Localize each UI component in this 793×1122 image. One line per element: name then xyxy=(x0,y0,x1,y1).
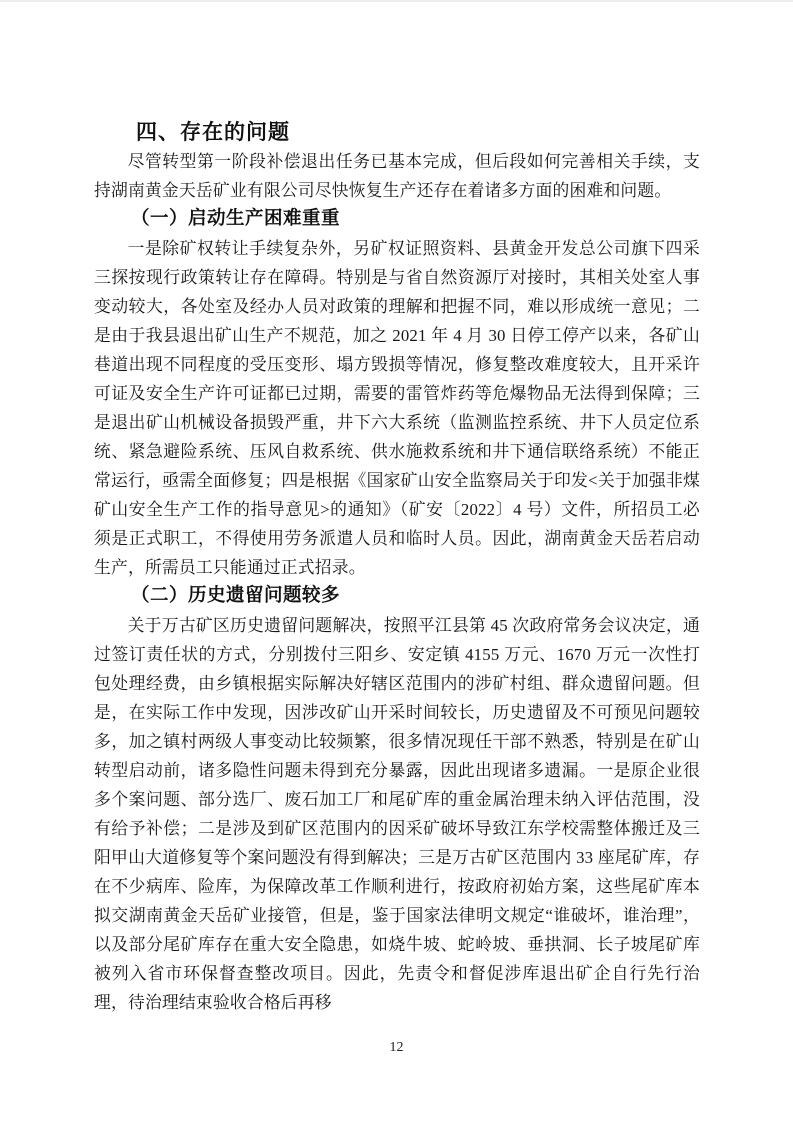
section-heading: 四、存在的问题 xyxy=(94,117,700,147)
subsection-1-heading: （一）启动生产困难重重 xyxy=(94,205,700,234)
subsection-2-heading: （二）历史遗留问题较多 xyxy=(94,582,700,611)
page-top-edge xyxy=(0,0,793,2)
subsection-2-paragraph: 关于万古矿区历史遗留问题解决，按照平江县第 45 次政府常务会议决定，通过签订责… xyxy=(94,611,700,1017)
intro-paragraph: 尽管转型第一阶段补偿退出任务已基本完成，但后段如何完善相关手续，支持湖南黄金天岳… xyxy=(94,147,700,205)
document-page: 四、存在的问题 尽管转型第一阶段补偿退出任务已基本完成，但后段如何完善相关手续，… xyxy=(0,0,793,1122)
subsection-1-paragraph: 一是除矿权转让手续复杂外，另矿权证照资料、县黄金开发总公司旗下四采三探按现行政策… xyxy=(94,234,700,582)
page-number: 12 xyxy=(0,1040,793,1056)
document-content: 四、存在的问题 尽管转型第一阶段补偿退出任务已基本完成，但后段如何完善相关手续，… xyxy=(94,117,700,1017)
